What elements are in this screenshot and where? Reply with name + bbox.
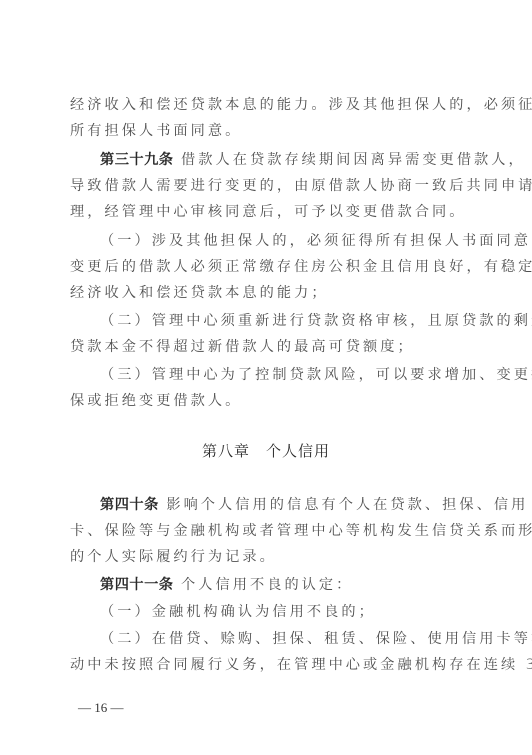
paragraph-line: 卡、保险等与金融机构或者管理中心等机构发生信贷关系而形成 [70, 521, 466, 541]
paragraph-line: 理，经管理中心审核同意后，可予以变更借款合同。 [70, 202, 466, 222]
article-39-title: 第三十九条 [100, 152, 173, 168]
paragraph-line: 所有担保人书面同意。 [70, 121, 466, 141]
article-40-title: 第四十条 [100, 497, 159, 513]
article-41-line: 第四十一条 个人信用不良的认定： [100, 575, 466, 595]
paragraph-line: 动中未按照合同履行义务，在管理中心或金融机构存在连续 3 次 [70, 655, 466, 675]
clause-3-line: （三）管理中心为了控制贷款风险，可以要求增加、变更担 [100, 365, 466, 385]
clause-2-line: （二）在借贷、赊购、担保、租赁、保险、使用信用卡等活 [100, 629, 466, 649]
paragraph-line: 的个人实际履约行为记录。 [70, 547, 466, 567]
clause-1-line: （一）金融机构确认为信用不良的； [100, 602, 466, 622]
article-39-text: 借款人在贷款存续期间因离异需变更借款人， [173, 152, 525, 168]
page-number: — 16 — [78, 700, 124, 716]
paragraph-line: 变更后的借款人必须正常缴存住房公积金且信用良好，有稳定的 [70, 257, 466, 277]
article-40-text: 影响个人信用的信息有个人在贷款、担保、信用 [159, 497, 529, 513]
paragraph-line: 保或拒绝变更借款人。 [70, 391, 466, 411]
article-40-line: 第四十条 影响个人信用的信息有个人在贷款、担保、信用 [100, 495, 466, 515]
article-39-line: 第三十九条 借款人在贷款存续期间因离异需变更借款人， [100, 150, 466, 170]
paragraph-line: 导致借款人需要进行变更的，由原借款人协商一致后共同申请办 [70, 176, 466, 196]
clause-2-line: （二）管理中心须重新进行贷款资格审核，且原贷款的剩余 [100, 311, 466, 331]
paragraph-line: 贷款本金不得超过新借款人的最高可贷额度； [70, 337, 466, 357]
article-41-title: 第四十一条 [100, 577, 173, 593]
article-41-text: 个人信用不良的认定： [173, 577, 353, 593]
paragraph-line: 经济收入和偿还贷款本息的能力。涉及其他担保人的，必须征得 [70, 95, 466, 115]
paragraph-line: 经济收入和偿还贷款本息的能力； [70, 283, 466, 303]
chapter-heading: 第八章 个人信用 [0, 440, 532, 461]
clause-1-line: （一）涉及其他担保人的，必须征得所有担保人书面同意； [100, 231, 466, 251]
